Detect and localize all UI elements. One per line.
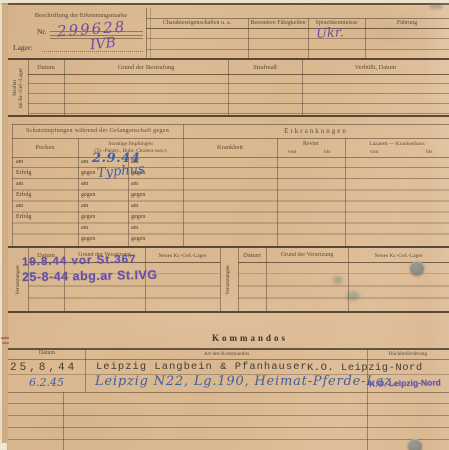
- row-label-erfolg: Erfolg: [16, 192, 31, 199]
- divider: [266, 248, 267, 311]
- col-disease: Krankheit: [183, 144, 277, 152]
- col-lazarett: Lazarett — Krankenhaus: [345, 141, 449, 148]
- col-other-1: Sonstige Impfungen: [78, 141, 183, 148]
- divider: [64, 60, 65, 115]
- kommando-row2-detail: Leipzig N22, Lg.190, Heimat-Pferde-Laz.: [95, 374, 397, 389]
- punch-hole: [408, 439, 422, 450]
- row-label-erfolg: Erfolg: [16, 214, 31, 221]
- divider: [308, 18, 309, 58]
- divider: [277, 138, 278, 246]
- card-top-rule: [0, 3, 449, 5]
- divider: [183, 124, 184, 246]
- row-label-am: am: [16, 181, 23, 188]
- section-rule: [8, 115, 449, 117]
- illness-heading: Erkrankungen: [183, 127, 449, 135]
- side-label: Versetzungen: [15, 265, 21, 295]
- col-type: Art des Kommandos: [86, 351, 367, 358]
- divider: [85, 348, 86, 392]
- row-label-am: am: [81, 225, 88, 232]
- row-label-am: am: [131, 225, 138, 232]
- nr-label: Nr.: [37, 27, 46, 36]
- rule: [12, 124, 449, 125]
- transfer-stamp-line2: 25-8-44 abg.ar St.IVG: [22, 268, 158, 284]
- traits-rows: [146, 28, 449, 57]
- languages-value: Ukr.: [316, 25, 345, 41]
- row-label-gegen: gegen: [81, 236, 95, 243]
- section-rule: [8, 311, 449, 313]
- divider: [220, 248, 221, 311]
- col-reason: Grund der Bestrafung: [64, 64, 228, 72]
- punch-hole: [410, 261, 424, 275]
- bis-label: bis: [324, 149, 330, 156]
- divider: [367, 348, 368, 450]
- divider: [345, 138, 346, 246]
- edge-mark: [2, 342, 9, 344]
- kommando-row2-return-stamp: K.O. Leipzig-Nord: [369, 377, 441, 388]
- row-label-am: am: [16, 203, 23, 210]
- col-date: Datum: [238, 252, 266, 260]
- kommando-row2-date: 6.2.45: [29, 376, 64, 389]
- row-label-gegen: gegen: [81, 170, 95, 177]
- kommando-row1-return: K.O. Leipzig-Nord: [307, 362, 423, 374]
- ink-smudge: [333, 276, 343, 284]
- row-label-am: am: [81, 181, 88, 188]
- divider: [63, 392, 64, 450]
- vaccination-heading: Schutzimpfungen während der Gefangenscha…: [12, 128, 183, 135]
- lager-label: Lager:: [13, 43, 33, 52]
- gray-smudge: [430, 4, 442, 9]
- col-date: Datum: [28, 64, 64, 72]
- kommandos-empty-rows: [8, 392, 449, 450]
- row-label-gegen: gegen: [131, 236, 145, 243]
- divider: [302, 60, 303, 115]
- col-reason: Grund der Versetzung: [266, 252, 348, 259]
- side-label-line2: im Kr.-Gef.-Lager: [18, 60, 24, 116]
- kommandos-title: Kommandos: [130, 333, 370, 343]
- corner-sliver: [0, 443, 7, 450]
- side-label: Versetzungen: [225, 265, 231, 295]
- divider: [348, 248, 349, 311]
- header-rule: [8, 359, 449, 360]
- prisoner-record-card: Beschriftung der Erkennungsmarke Nr. 299…: [0, 0, 449, 450]
- col-abilities: Besondere Fähigkeiten: [248, 20, 308, 27]
- bis-label: bis: [426, 149, 432, 156]
- col-measure: Strafmaß: [228, 64, 302, 72]
- divider: [365, 18, 366, 58]
- von-label: von: [288, 149, 296, 156]
- col-new-camp: Neues Kr.-Gef.-Lager: [348, 253, 449, 260]
- transfers-side-label-right: Versetzungen: [225, 252, 233, 308]
- row-label-am: am: [131, 181, 138, 188]
- row-label-am: am: [81, 203, 88, 210]
- divider: [248, 18, 249, 58]
- row-label-gegen: gegen: [131, 192, 145, 199]
- punishments-side-label: Strafen im Kr.-Gef.-Lager: [12, 60, 26, 116]
- row-label-gegen: gegen: [81, 192, 95, 199]
- col-new-camp: Neues Kr.-Gef.-Lager: [145, 253, 220, 260]
- traits-top-rule: [146, 18, 449, 19]
- row-label-am: am: [81, 159, 88, 166]
- kommando-row1-detail: Leipzig Langbein & Pfanhauser: [96, 361, 308, 373]
- col-served: Verbüßt, Datum: [302, 64, 449, 72]
- row-label-gegen: gegen: [131, 214, 145, 221]
- ink-smudge: [346, 291, 360, 301]
- punishments-rows: [28, 74, 449, 115]
- row-label-am: am: [131, 203, 138, 210]
- col-traits: Charaktereigenschaften u. a.: [146, 20, 248, 27]
- section-rule: [8, 246, 449, 248]
- col-conduct: Führung: [365, 20, 449, 27]
- kommando-row1-date: 25,8,44: [10, 362, 77, 374]
- divider: [78, 138, 79, 246]
- row-label-erfolg: Erfolg: [16, 170, 31, 177]
- row-label-am: am: [16, 159, 23, 166]
- col-return: Rückbeförderung: [367, 351, 449, 358]
- col-pocken: Pocken: [12, 144, 78, 152]
- divider: [12, 124, 13, 246]
- col-date: Datum: [8, 350, 86, 357]
- divider: [228, 60, 229, 115]
- lager-value: IVB: [89, 35, 116, 54]
- von-label: von: [370, 149, 378, 156]
- col-revier: Revier: [277, 141, 345, 148]
- left-edge: [0, 3, 8, 450]
- row-label-gegen: gegen: [81, 214, 95, 221]
